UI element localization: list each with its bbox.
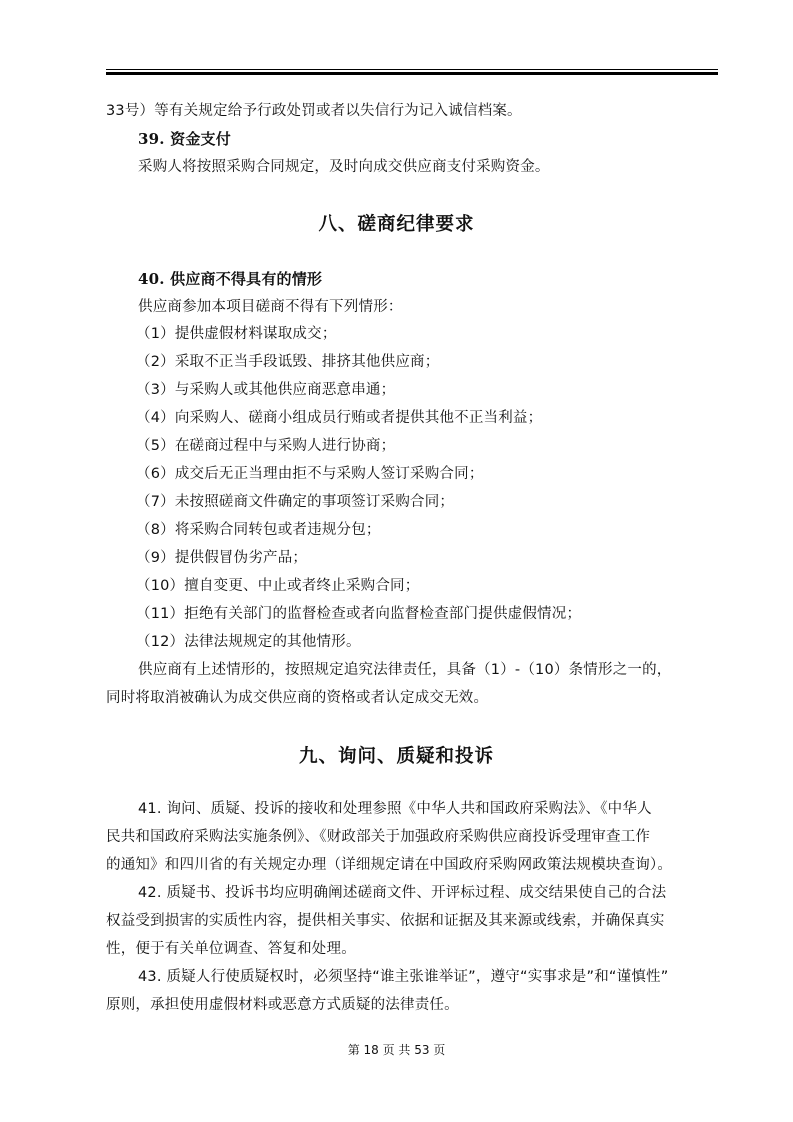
paragraph-41-line-3: 的通知》和四川省的有关规定办理（详细规定请在中国政府采购网政策法规模块查询）。 <box>106 855 672 875</box>
item-39-title: 39. 资金支付 <box>138 129 231 149</box>
list-item: （1）提供虚假材料谋取成交； <box>136 324 337 344</box>
list-item: （7）未按照磋商文件确定的事项签订采购合同； <box>136 492 454 512</box>
paragraph-43-line-2: 原则，承担使用虚假材料或恶意方式质疑的法律责任。 <box>106 995 459 1015</box>
list-item: （4）向采购人、磋商小组成员行贿或者提供其他不正当利益； <box>136 408 542 428</box>
item-40-intro: 供应商参加本项目磋商不得有下列情形： <box>138 297 403 317</box>
list-item: （5）在磋商过程中与采购人进行协商； <box>136 436 395 456</box>
paragraph-42-line-1: 42. 质疑书、投诉书均应明确阐述磋商文件、开评标过程、成交结果使自己的合法 <box>138 883 666 903</box>
item-40-title: 40. 供应商不得具有的情形 <box>138 269 322 289</box>
list-item: （10）擅自变更、中止或者终止采购合同； <box>136 576 419 596</box>
list-item: （11）拒绝有关部门的监督检查或者向监督检查部门提供虚假情况； <box>136 604 581 624</box>
list-item: （3）与采购人或其他供应商恶意串通； <box>136 380 395 400</box>
section-9-heading: 九、询问、质疑和投诉 <box>0 742 793 768</box>
page-number-footer: 第 18 页 共 53 页 <box>0 1041 793 1058</box>
paragraph-41-line-1: 41. 询问、质疑、投诉的接收和处理参照《中华人共和国政府采购法》、《中华人 <box>138 799 652 819</box>
list-item: （9）提供假冒伪劣产品； <box>136 548 307 568</box>
list-item: （6）成交后无正当理由拒不与采购人签订采购合同； <box>136 464 484 484</box>
section-8-closing-line-2: 同时将取消被确认为成交供应商的资格或者认定成交无效。 <box>106 688 488 708</box>
header-rule-thin <box>106 69 718 70</box>
paragraph-42-line-2: 权益受到损害的实质性内容，提供相关事实、依据和证据及其来源或线索，并确保真实 <box>106 911 665 931</box>
list-item: （2）采取不正当手段诋毁、排挤其他供应商； <box>136 352 439 372</box>
item-39-body: 采购人将按照采购合同规定，及时向成交供应商支付采购资金。 <box>138 157 550 177</box>
list-item: （12）法律法规规定的其他情形。 <box>136 632 361 652</box>
section-8-heading: 八、磋商纪律要求 <box>0 210 793 236</box>
list-item: （8）将采购合同转包或者违规分包； <box>136 520 381 540</box>
paragraph-43-line-1: 43. 质疑人行使质疑权时，必须坚持“谁主张谁举证”，遵守“实事求是”和“谨慎性… <box>138 967 668 987</box>
paragraph-41-line-2: 民共和国政府采购法实施条例》、《财政部关于加强政府采购供应商投诉受理审查工作 <box>106 827 650 847</box>
section-8-closing-line-1: 供应商有上述情形的，按照规定追究法律责任，具备（1）-（10）条情形之一的， <box>138 660 672 680</box>
paragraph-42-line-3: 性，便于有关单位调查、答复和处理。 <box>106 939 356 959</box>
header-rule-thick <box>106 72 718 75</box>
continuation-text: 33号）等有关规定给予行政处罚或者以失信行为记入诚信档案。 <box>106 101 522 121</box>
